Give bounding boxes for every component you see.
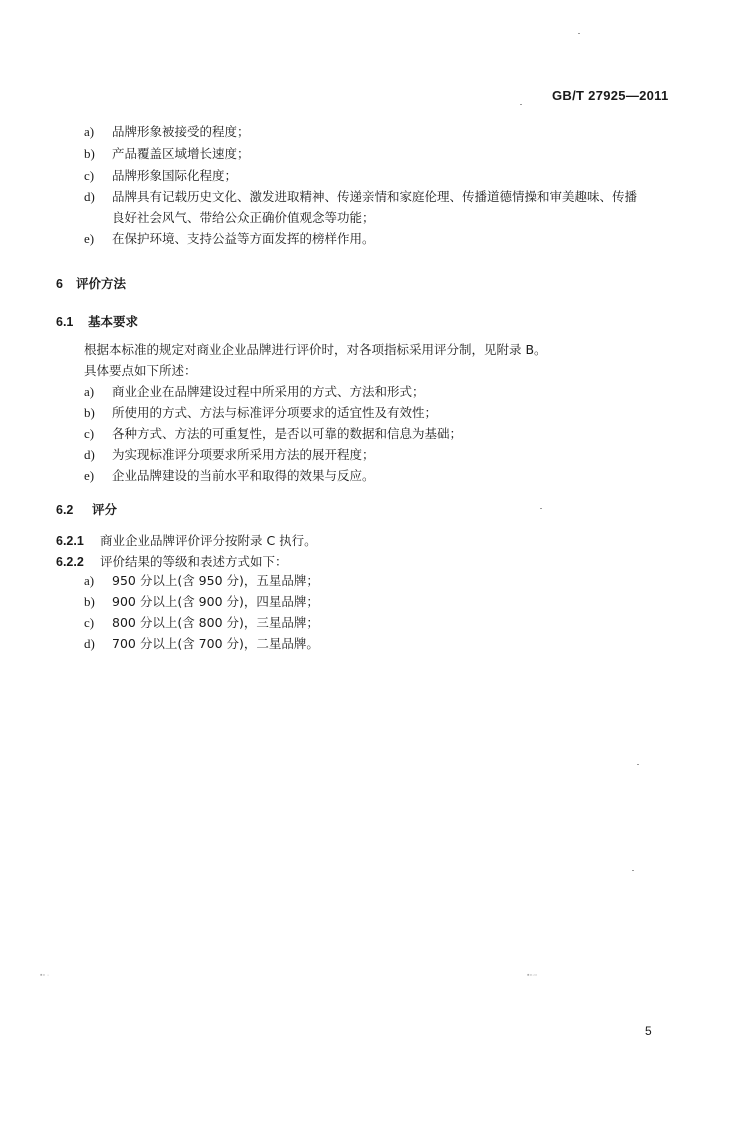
list-marker: b): [84, 405, 112, 421]
list-item: b)产品覆盖区域增长速度；: [84, 146, 250, 162]
scan-speck: [520, 104, 522, 105]
scan-speck: [578, 33, 580, 34]
subsection-number: 6.2: [56, 503, 92, 517]
list-item: b)所使用的方式、方法与标准评分项要求的适宜性及有效性；: [84, 405, 437, 421]
grade-text: 950 分以上(含 950 分)，五星品牌；: [112, 573, 319, 588]
list-item: c)各种方式、方法的可重复性，是否以可靠的数据和信息为基础；: [84, 426, 462, 442]
scan-artifact: ▪▫·▫: [527, 972, 537, 979]
list-item-continuation: 良好社会风气、带给公众正确价值观念等功能；: [112, 210, 375, 226]
list-marker: d): [84, 636, 112, 652]
grade-text: 900 分以上(含 900 分)，四星品牌；: [112, 594, 319, 609]
list-text: 所使用的方式、方法与标准评分项要求的适宜性及有效性；: [112, 405, 437, 420]
list-item: e)在保护环境、支持公益等方面发挥的榜样作用。: [84, 231, 375, 247]
list-item: e)企业品牌建设的当前水平和取得的效果与反应。: [84, 468, 375, 484]
list-marker: c): [84, 426, 112, 442]
scan-speck: [637, 764, 639, 765]
list-marker: c): [84, 168, 112, 184]
paragraph: 根据本标准的规定对商业企业品牌进行评价时，对各项指标采用评分制，见附录 B。: [84, 342, 547, 358]
clause: 6.2.1商业企业品牌评价评分按附录 C 执行。: [56, 531, 317, 549]
grade-text: 700 分以上(含 700 分)，二星品牌。: [112, 636, 319, 651]
clause-number: 6.2.2: [56, 555, 100, 569]
section-number: 6: [56, 277, 76, 291]
list-item: a)品牌形象被接受的程度；: [84, 124, 250, 140]
list-item: c)品牌形象国际化程度；: [84, 168, 237, 184]
list-marker: a): [84, 384, 112, 400]
standard-code: GB/T 27925—2011: [552, 88, 669, 103]
subsection-heading: 6.2评分: [56, 500, 117, 518]
list-marker: c): [84, 615, 112, 631]
list-marker: e): [84, 468, 112, 484]
clause-number: 6.2.1: [56, 534, 100, 548]
list-item: d)品牌具有记载历史文化、激发进取精神、传递亲情和家庭伦理、传播道德情操和审美趣…: [84, 189, 637, 205]
list-marker: a): [84, 124, 112, 140]
list-text: 品牌具有记载历史文化、激发进取精神、传递亲情和家庭伦理、传播道德情操和审美趣味、…: [112, 189, 637, 204]
list-text: 商业企业在品牌建设过程中所采用的方式、方法和形式；: [112, 384, 425, 399]
section-heading: 6评价方法: [56, 274, 126, 292]
subsection-title: 基本要求: [88, 314, 138, 329]
section-title: 评价方法: [76, 276, 126, 291]
subsection-heading: 6.1基本要求: [56, 312, 138, 330]
list-text: 品牌形象被接受的程度；: [112, 124, 250, 139]
list-text: 企业品牌建设的当前水平和取得的效果与反应。: [112, 468, 375, 483]
list-text: 品牌形象国际化程度；: [112, 168, 237, 183]
list-text: 为实现标准评分项要求所采用方法的展开程度；: [112, 447, 375, 462]
clause-text: 商业企业品牌评价评分按附录 C 执行。: [100, 533, 317, 548]
subsection-title: 评分: [92, 502, 117, 517]
scan-speck: [540, 508, 542, 509]
list-text: 产品覆盖区域增长速度；: [112, 146, 250, 161]
grade-item: b)900 分以上(含 900 分)，四星品牌；: [84, 594, 319, 610]
clause-text: 评价结果的等级和表述方式如下：: [100, 554, 288, 569]
list-item: a)商业企业在品牌建设过程中所采用的方式、方法和形式；: [84, 384, 425, 400]
grade-item: d)700 分以上(含 700 分)，二星品牌。: [84, 636, 319, 652]
list-marker: d): [84, 189, 112, 205]
paragraph: 具体要点如下所述：: [84, 363, 197, 379]
list-marker: d): [84, 447, 112, 463]
list-marker: b): [84, 146, 112, 162]
grade-text: 800 分以上(含 800 分)，三星品牌；: [112, 615, 319, 630]
list-item: d)为实现标准评分项要求所采用方法的展开程度；: [84, 447, 375, 463]
clause: 6.2.2评价结果的等级和表述方式如下：: [56, 552, 288, 570]
list-text: 各种方式、方法的可重复性，是否以可靠的数据和信息为基础；: [112, 426, 462, 441]
list-text: 在保护环境、支持公益等方面发挥的榜样作用。: [112, 231, 375, 246]
subsection-number: 6.1: [56, 315, 88, 329]
grade-item: c)800 分以上(含 800 分)，三星品牌；: [84, 615, 319, 631]
grade-item: a)950 分以上(含 950 分)，五星品牌；: [84, 573, 319, 589]
list-marker: a): [84, 573, 112, 589]
scan-speck: [632, 870, 634, 871]
list-marker: b): [84, 594, 112, 610]
list-marker: e): [84, 231, 112, 247]
page-number: 5: [645, 1024, 652, 1038]
scan-artifact: ▪▫ ·: [40, 972, 49, 979]
